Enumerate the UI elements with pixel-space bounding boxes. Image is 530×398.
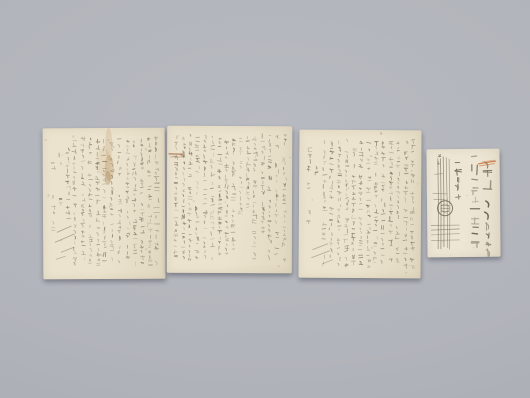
paper-specks	[177, 135, 291, 267]
photo-backdrop	[0, 0, 530, 398]
letter-page-2	[167, 126, 293, 273]
water-stain	[97, 128, 114, 185]
address-handwriting	[470, 156, 493, 257]
letter-page-3	[298, 130, 421, 279]
letter-page-1	[43, 128, 166, 280]
flourish-strokes	[312, 244, 333, 264]
signature-strokes	[55, 226, 74, 259]
handwriting-columns	[306, 139, 415, 269]
sender-column	[455, 163, 462, 200]
postmark-stamp-icon	[437, 201, 452, 216]
handwriting-columns	[173, 134, 287, 262]
red-scribble	[479, 160, 496, 166]
rust-mark	[169, 153, 184, 157]
paper-specks	[311, 132, 419, 279]
envelope	[426, 149, 500, 258]
